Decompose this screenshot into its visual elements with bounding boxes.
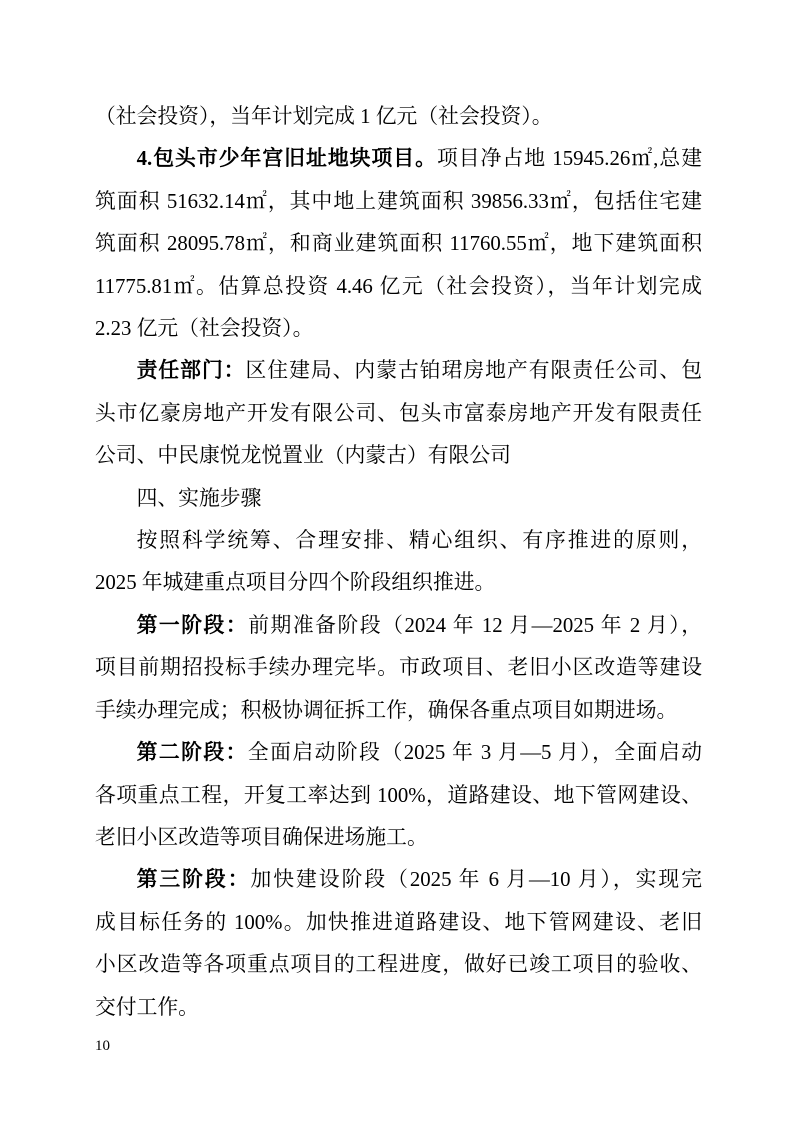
text-line: 第二阶段：全面启动阶段（2025 年 3 月—5 月），全面启动: [95, 732, 702, 774]
text-line: 责任部门：区住建局、内蒙古铂珺房地产有限责任公司、包: [95, 350, 702, 392]
text-line: 2.23 亿元（社会投资）。: [95, 308, 702, 350]
text-line: 2025 年城建重点项目分四个阶段组织推进。: [95, 562, 702, 604]
text-run: 筑面积 28095.78㎡，和商业建筑面积 11760.55㎡，地下建筑面积: [95, 232, 702, 255]
document-body: （社会投资），当年计划完成 1 亿元（社会投资）。4.包头市少年宫旧址地块项目。…: [95, 96, 702, 1029]
text-line: 11775.81㎡。估算总投资 4.46 亿元（社会投资），当年计划完成: [95, 266, 702, 308]
text-run: 加快建设阶段（2025 年 6 月—10 月），实现完: [250, 868, 702, 891]
text-run: 全面启动阶段（2025 年 3 月—5 月），全面启动: [248, 741, 702, 764]
text-run: 区住建局、内蒙古铂珺房地产有限责任公司、包: [246, 359, 702, 382]
text-run: 2025 年城建重点项目分四个阶段组织推进。: [95, 571, 495, 594]
text-line: 交付工作。: [95, 987, 702, 1029]
text-line: 小区改造等各项重点项目的工程进度，做好已竣工项目的验收、: [95, 944, 702, 986]
text-run: 筑面积 51632.14㎡，其中地上建筑面积 39856.33㎡，包括住宅建: [95, 190, 702, 213]
text-run: 公司、中民康悦龙悦置业（内蒙古）有限公司: [95, 444, 511, 467]
text-run: 小区改造等各项重点项目的工程进度，做好已竣工项目的验收、: [95, 953, 702, 976]
text-run: 手续办理完成；积极协调征拆工作，确保各重点项目如期进场。: [95, 699, 677, 722]
text-line: 公司、中民康悦龙悦置业（内蒙古）有限公司: [95, 435, 702, 477]
text-run: 项目前期招投标手续办理完毕。市政项目、老旧小区改造等建设: [95, 656, 702, 679]
text-line: 4.包头市少年宫旧址地块项目。项目净占地 15945.26㎡,总建: [95, 138, 702, 180]
text-run: 前期准备阶段（2024 年 12 月—2025 年 2 月），: [248, 614, 702, 637]
text-line: 头市亿豪房地产开发有限公司、包头市富泰房地产开发有限责任: [95, 393, 702, 435]
text-line: 各项重点工程，开复工率达到 100%，道路建设、地下管网建设、: [95, 775, 702, 817]
text-line: 筑面积 51632.14㎡，其中地上建筑面积 39856.33㎡，包括住宅建: [95, 181, 702, 223]
text-run: 各项重点工程，开复工率达到 100%，道路建设、地下管网建设、: [95, 784, 702, 807]
bold-text-run: 第三阶段：: [137, 868, 251, 891]
text-line: 老旧小区改造等项目确保进场施工。: [95, 817, 702, 859]
text-run: 成目标任务的 100%。加快推进道路建设、地下管网建设、老旧: [95, 911, 702, 934]
text-line: （社会投资），当年计划完成 1 亿元（社会投资）。: [95, 96, 702, 138]
bold-text-run: 第二阶段：: [137, 741, 248, 764]
text-run: 头市亿豪房地产开发有限公司、包头市富泰房地产开发有限责任: [95, 402, 702, 425]
text-run: 老旧小区改造等项目确保进场施工。: [95, 826, 428, 849]
text-line: 四、实施步骤: [95, 478, 702, 520]
text-run: 11775.81㎡。估算总投资 4.46 亿元（社会投资），当年计划完成: [95, 275, 702, 298]
text-line: 手续办理完成；积极协调征拆工作，确保各重点项目如期进场。: [95, 690, 702, 732]
page-number: 10: [95, 1036, 110, 1056]
text-line: 筑面积 28095.78㎡，和商业建筑面积 11760.55㎡，地下建筑面积: [95, 223, 702, 265]
text-line: 成目标任务的 100%。加快推进道路建设、地下管网建设、老旧: [95, 902, 702, 944]
text-line: 按照科学统筹、合理安排、精心组织、有序推进的原则，: [95, 520, 702, 562]
text-run: （社会投资），当年计划完成 1 亿元（社会投资）。: [95, 105, 553, 128]
text-run: 按照科学统筹、合理安排、精心组织、有序推进的原则，: [137, 529, 702, 552]
text-run: 交付工作。: [95, 996, 199, 1019]
text-run: 项目净占地 15945.26㎡,总建: [437, 147, 702, 170]
text-line: 第三阶段：加快建设阶段（2025 年 6 月—10 月），实现完: [95, 859, 702, 901]
text-run: 2.23 亿元（社会投资）。: [95, 317, 313, 340]
text-run: 四、实施步骤: [137, 487, 262, 510]
bold-text-run: 第一阶段：: [137, 614, 249, 637]
bold-text-run: 4.包头市少年宫旧址地块项目。: [137, 147, 437, 170]
text-line: 项目前期招投标手续办理完毕。市政项目、老旧小区改造等建设: [95, 647, 702, 689]
bold-text-run: 责任部门：: [137, 359, 246, 382]
text-line: 第一阶段：前期准备阶段（2024 年 12 月—2025 年 2 月），: [95, 605, 702, 647]
